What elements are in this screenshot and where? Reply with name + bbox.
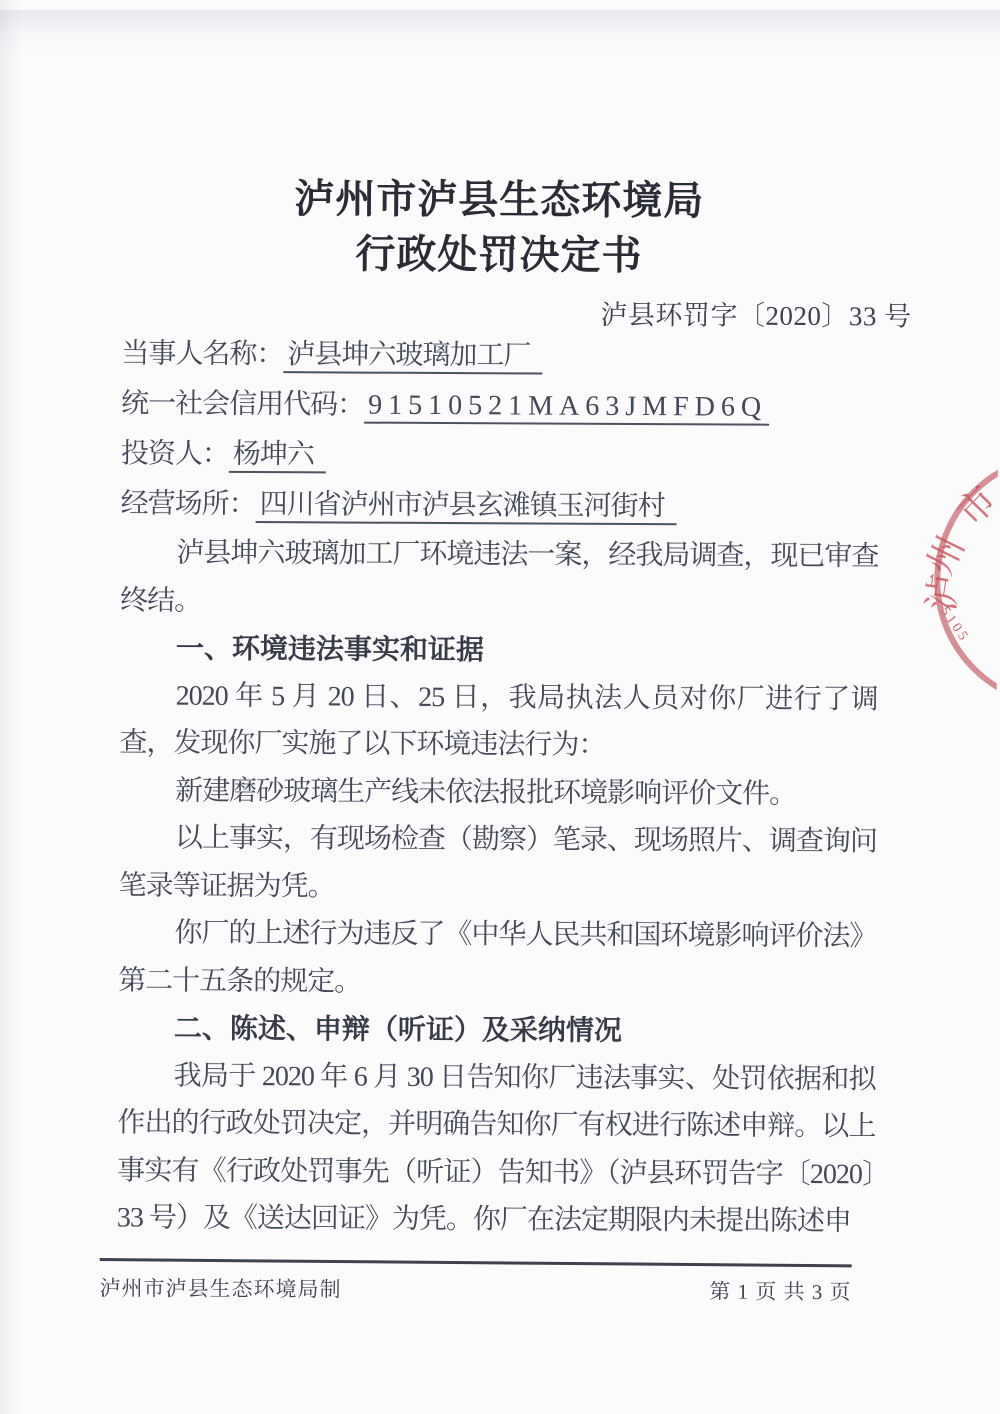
paragraph: 以上事实，有现场检查（勘察）笔录、现场照片、调查询问笔录等证据为凭。: [119, 814, 877, 913]
document-footer: 泸州市泸县生态环境局制 第 1 页 共 3 页: [99, 1272, 851, 1306]
document-title: 泸州市泸县生态环境局 行政处罚决定书: [0, 170, 999, 285]
field-label: 经营场所：: [121, 488, 256, 520]
seal-digits: 5105: [937, 604, 972, 645]
scanned-document-page: 泸州市泸县生态环境局 行政处罚决定书 泸县环罚字〔2020〕33 号 当事人名称…: [0, 0, 1000, 1414]
document-number: 泸县环罚字〔2020〕33 号: [600, 293, 911, 334]
field-row-business-address: 经营场所：四川省泸州市泸县玄滩镇玉河街村: [121, 479, 879, 533]
section-heading-2: 二、陈述、申辩（听证）及采纳情况: [118, 1004, 876, 1055]
section-heading-1: 一、环境违法事实和证据: [120, 624, 878, 675]
document-sheet: 泸州市泸县生态环境局 行政处罚决定书 泸县环罚字〔2020〕33 号 当事人名称…: [0, 0, 1000, 1414]
seal-char: 州: [920, 530, 973, 581]
field-value-underlined: 杨坤六: [229, 439, 326, 474]
document-body: 当事人名称：泸县坤六玻璃加工厂 统一社会信用代码：91510521MA63JMF…: [117, 329, 880, 1245]
paragraph: 我局于 2020 年 6 月 30 日告知你厂违法事实、处罚依据和拟作出的行政处…: [117, 1052, 876, 1246]
footer-divider: [100, 1258, 852, 1267]
footer-page-number: 第 1 页 共 3 页: [709, 1275, 851, 1306]
field-row-investor: 投资人：杨坤六: [121, 429, 879, 483]
field-label: 当事人名称：: [121, 338, 283, 370]
seal-char: 泸: [920, 571, 967, 614]
paragraph: 新建磨砂玻璃生产线未依法报批环境影响评价文件。: [119, 767, 877, 818]
field-value-underlined: 泸县坤六玻璃加工厂: [283, 339, 542, 374]
seal-char: 市: [950, 479, 1000, 534]
paragraph: 泸县坤六玻璃加工厂环境违法一案，经我局调查，现已审查终结。: [120, 529, 878, 628]
field-value-underlined: 91510521MA63JMFD6Q: [364, 390, 769, 426]
field-label: 投资人：: [121, 438, 229, 470]
paragraph: 你厂的上述行为违反了《中华人民共和国环境影响评价法》第二十五条的规定。: [118, 909, 876, 1008]
paragraph: 2020 年 5 月 20 日、25 日，我局执法人员对你厂进行了调查，发现你厂…: [119, 672, 877, 771]
title-line-1: 泸州市泸县生态环境局: [0, 170, 999, 230]
field-row-party-name: 当事人名称：泸县坤六玻璃加工厂: [121, 329, 879, 383]
field-label: 统一社会信用代码：: [121, 388, 364, 420]
title-line-2: 行政处罚决定书: [0, 225, 999, 285]
field-row-credit-code: 统一社会信用代码：91510521MA63JMFD6Q: [121, 379, 879, 433]
field-value-underlined: 四川省泸州市泸县玄滩镇玉河街村: [256, 489, 677, 525]
seal-ring: [937, 455, 1000, 706]
footer-issuer: 泸州市泸县生态环境局制: [99, 1272, 341, 1303]
